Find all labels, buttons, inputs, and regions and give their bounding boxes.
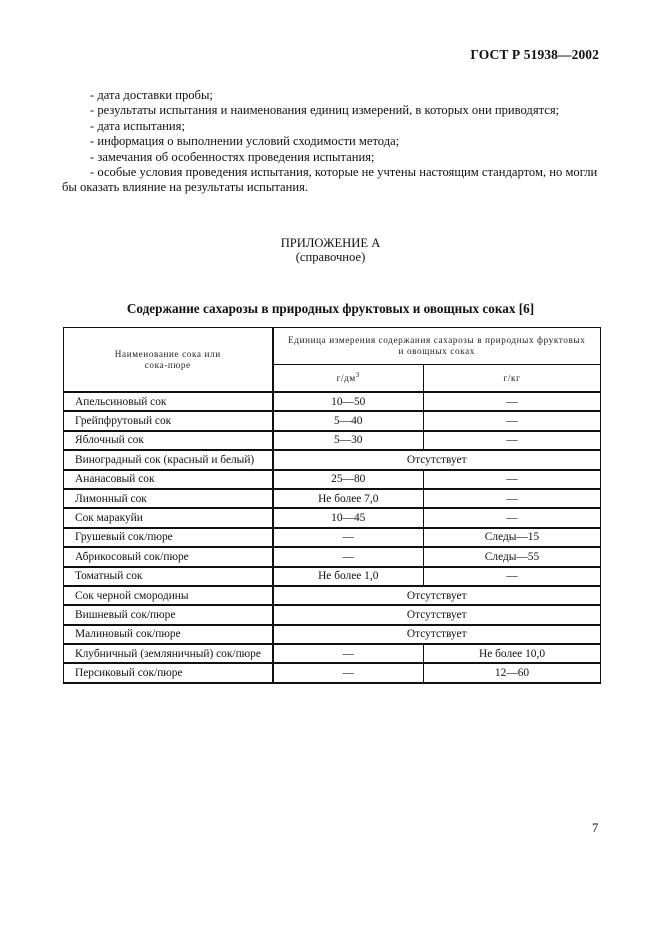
merged-value-cell: Отсутствует	[273, 605, 601, 624]
juice-name-cell: Малиновый сок/пюре	[64, 625, 273, 644]
unit-g-dm3-label: г/дм	[337, 373, 356, 383]
merged-value-cell: Отсутствует	[273, 625, 601, 644]
column-header-unit-group-text: Единица измерения содержания сахарозы в …	[274, 335, 601, 357]
table-row: Виноградный сок (красный и белый)Отсутст…	[64, 450, 601, 469]
g-kg-value-cell: —	[424, 489, 601, 508]
juice-name-cell: Персиковый сок/пюре	[64, 663, 273, 682]
juice-name-cell: Виноградный сок (красный и белый)	[64, 450, 273, 469]
column-header-unit-group: Единица измерения содержания сахарозы в …	[273, 328, 601, 365]
g-kg-value-cell: —	[424, 567, 601, 586]
column-header-juice-name: Наименование сока или сока-пюре	[64, 328, 273, 393]
merged-value-cell: Отсутствует	[273, 586, 601, 605]
juice-name-cell: Сок маракуйи	[64, 508, 273, 527]
g-dm3-value-cell: 10—50	[273, 392, 424, 411]
juice-name-cell: Томатный сок	[64, 567, 273, 586]
list-item: - результаты испытания и наименования ед…	[62, 103, 602, 118]
appendix-title: ПРИЛОЖЕНИЕ А	[0, 236, 661, 250]
g-dm3-value-cell: Не более 7,0	[273, 489, 424, 508]
juice-name-cell: Вишневый сок/пюре	[64, 605, 273, 624]
juice-name-cell: Ананасовый сок	[64, 470, 273, 489]
g-kg-value-cell: —	[424, 470, 601, 489]
juice-name-cell: Сок черной смородины	[64, 586, 273, 605]
list-item: - дата испытания;	[62, 119, 602, 134]
juice-name-cell: Лимонный сок	[64, 489, 273, 508]
g-kg-value-cell: 12—60	[424, 663, 601, 682]
table-row: Вишневый сок/пюреОтсутствует	[64, 605, 601, 624]
juice-name-cell: Клубничный (земляничный) сок/пюре	[64, 644, 273, 663]
list-item: - замечания об особенностях проведения и…	[62, 150, 602, 165]
g-dm3-value-cell: 10—45	[273, 508, 424, 527]
merged-value-cell: Отсутствует	[273, 450, 601, 469]
g-dm3-value-cell: 25—80	[273, 470, 424, 489]
table-row: Персиковый сок/пюре—12—60	[64, 663, 601, 682]
appendix-heading: ПРИЛОЖЕНИЕ А (справочное)	[0, 236, 661, 264]
table-row: Малиновый сок/пюреОтсутствует	[64, 625, 601, 644]
juice-name-cell: Абрикосовый сок/пюре	[64, 547, 273, 566]
table-row: Грушевый сок/пюре—Следы—15	[64, 528, 601, 547]
column-header-g-dm3: г/дм3	[273, 365, 424, 393]
sucrose-content-table: Наименование сока или сока-пюре Единица …	[63, 327, 601, 684]
g-dm3-value-cell: —	[273, 547, 424, 566]
table-row: Ананасовый сок25—80—	[64, 470, 601, 489]
g-dm3-value-cell: 5—30	[273, 431, 424, 450]
table-row: Грейпфрутовый сок5—40—	[64, 411, 601, 430]
g-kg-value-cell: Следы—15	[424, 528, 601, 547]
g-kg-value-cell: —	[424, 411, 601, 430]
table-row: Томатный сокНе более 1,0—	[64, 567, 601, 586]
table-row: Лимонный сокНе более 7,0—	[64, 489, 601, 508]
g-kg-value-cell: —	[424, 431, 601, 450]
list-item: - дата доставки пробы;	[62, 88, 602, 103]
g-dm3-value-cell: 5—40	[273, 411, 424, 430]
g-dm3-value-cell: —	[273, 528, 424, 547]
table-row: Сок черной смородиныОтсутствует	[64, 586, 601, 605]
g-kg-value-cell: Следы—55	[424, 547, 601, 566]
report-requirements-list: - дата доставки пробы; - результаты испы…	[62, 88, 602, 196]
table-row: Апельсиновый сок10—50—	[64, 392, 601, 411]
table-row: Абрикосовый сок/пюре—Следы—55	[64, 547, 601, 566]
table-body: Апельсиновый сок10—50—Грейпфрутовый сок5…	[64, 392, 601, 683]
juice-name-cell: Грейпфрутовый сок	[64, 411, 273, 430]
table-row: Яблочный сок5—30—	[64, 431, 601, 450]
g-kg-value-cell: Не более 10,0	[424, 644, 601, 663]
juice-name-cell: Грушевый сок/пюре	[64, 528, 273, 547]
g-dm3-value-cell: —	[273, 644, 424, 663]
list-item: - информация о выполнении условий сходим…	[62, 134, 602, 149]
unit-superscript: 3	[356, 370, 360, 378]
column-header-juice-name-text: Наименование сока или сока-пюре	[64, 349, 272, 371]
g-kg-value-cell: —	[424, 508, 601, 527]
g-kg-value-cell: —	[424, 392, 601, 411]
appendix-subtitle: (справочное)	[0, 250, 661, 264]
juice-name-cell: Яблочный сок	[64, 431, 273, 450]
page-number: 7	[592, 821, 598, 836]
table-row: Клубничный (земляничный) сок/пюре—Не бол…	[64, 644, 601, 663]
document-code-header: ГОСТ Р 51938—2002	[470, 47, 599, 63]
table-row: Сок маракуйи10—45—	[64, 508, 601, 527]
table-title: Содержание сахарозы в природных фруктовы…	[0, 301, 661, 317]
juice-name-cell: Апельсиновый сок	[64, 392, 273, 411]
g-dm3-value-cell: Не более 1,0	[273, 567, 424, 586]
column-header-g-kg: г/кг	[424, 365, 601, 393]
g-dm3-value-cell: —	[273, 663, 424, 682]
list-item: - особые условия проведения испытания, к…	[62, 165, 602, 196]
